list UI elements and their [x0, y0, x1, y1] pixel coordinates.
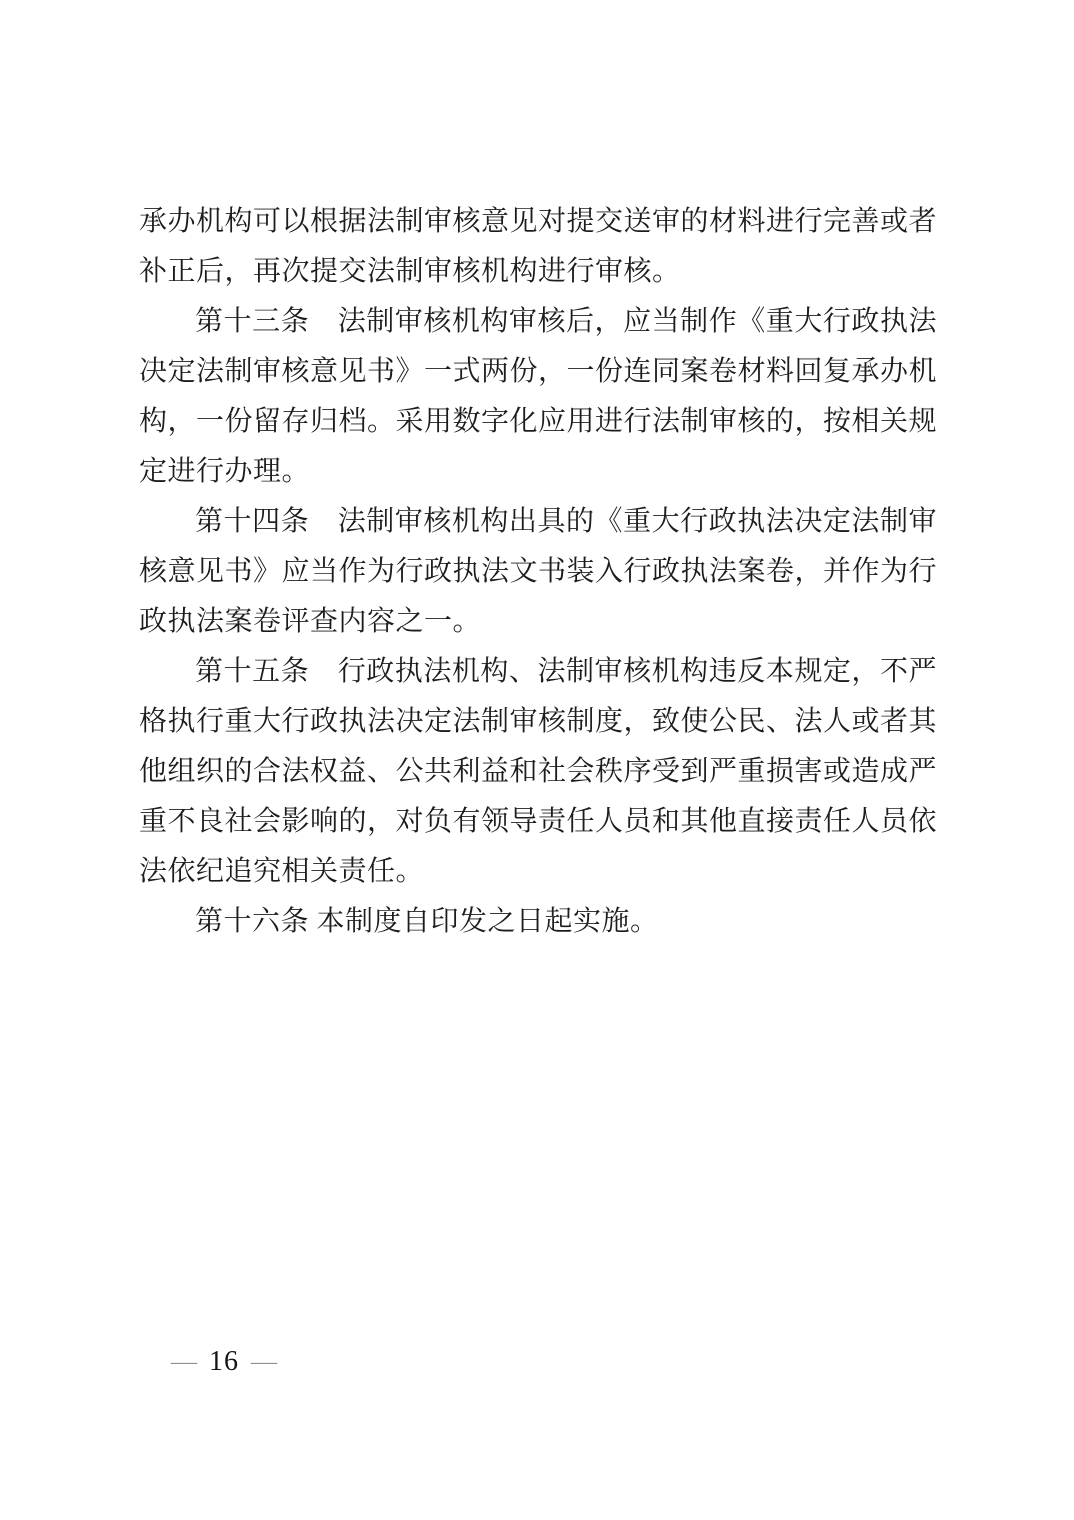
footer-left-dash: —: [171, 1346, 197, 1378]
paragraph-article-14: 第十四条 法制审核机构出具的《重大行政执法决定法制审核意见书》应当作为行政执法文…: [139, 497, 937, 647]
footer-right-dash: —: [251, 1346, 277, 1378]
paragraph-article-16: 第十六条 本制度自印发之日起实施。: [139, 897, 937, 947]
paragraph-article-13: 第十三条 法制审核机构审核后，应当制作《重大行政执法决定法制审核意见书》一式两份…: [139, 297, 937, 497]
document-body: 承办机构可以根据法制审核意见对提交送审的材料进行完善或者补正后，再次提交法制审核…: [139, 197, 937, 947]
paragraph-continuation: 承办机构可以根据法制审核意见对提交送审的材料进行完善或者补正后，再次提交法制审核…: [139, 197, 937, 297]
page-footer: — 16 —: [171, 1344, 277, 1380]
paragraph-article-15: 第十五条 行政执法机构、法制审核机构违反本规定，不严格执行重大行政执法决定法制审…: [139, 647, 937, 897]
document-page: 承办机构可以根据法制审核意见对提交送审的材料进行完善或者补正后，再次提交法制审核…: [0, 0, 1074, 1520]
page-number: 16: [209, 1344, 239, 1380]
